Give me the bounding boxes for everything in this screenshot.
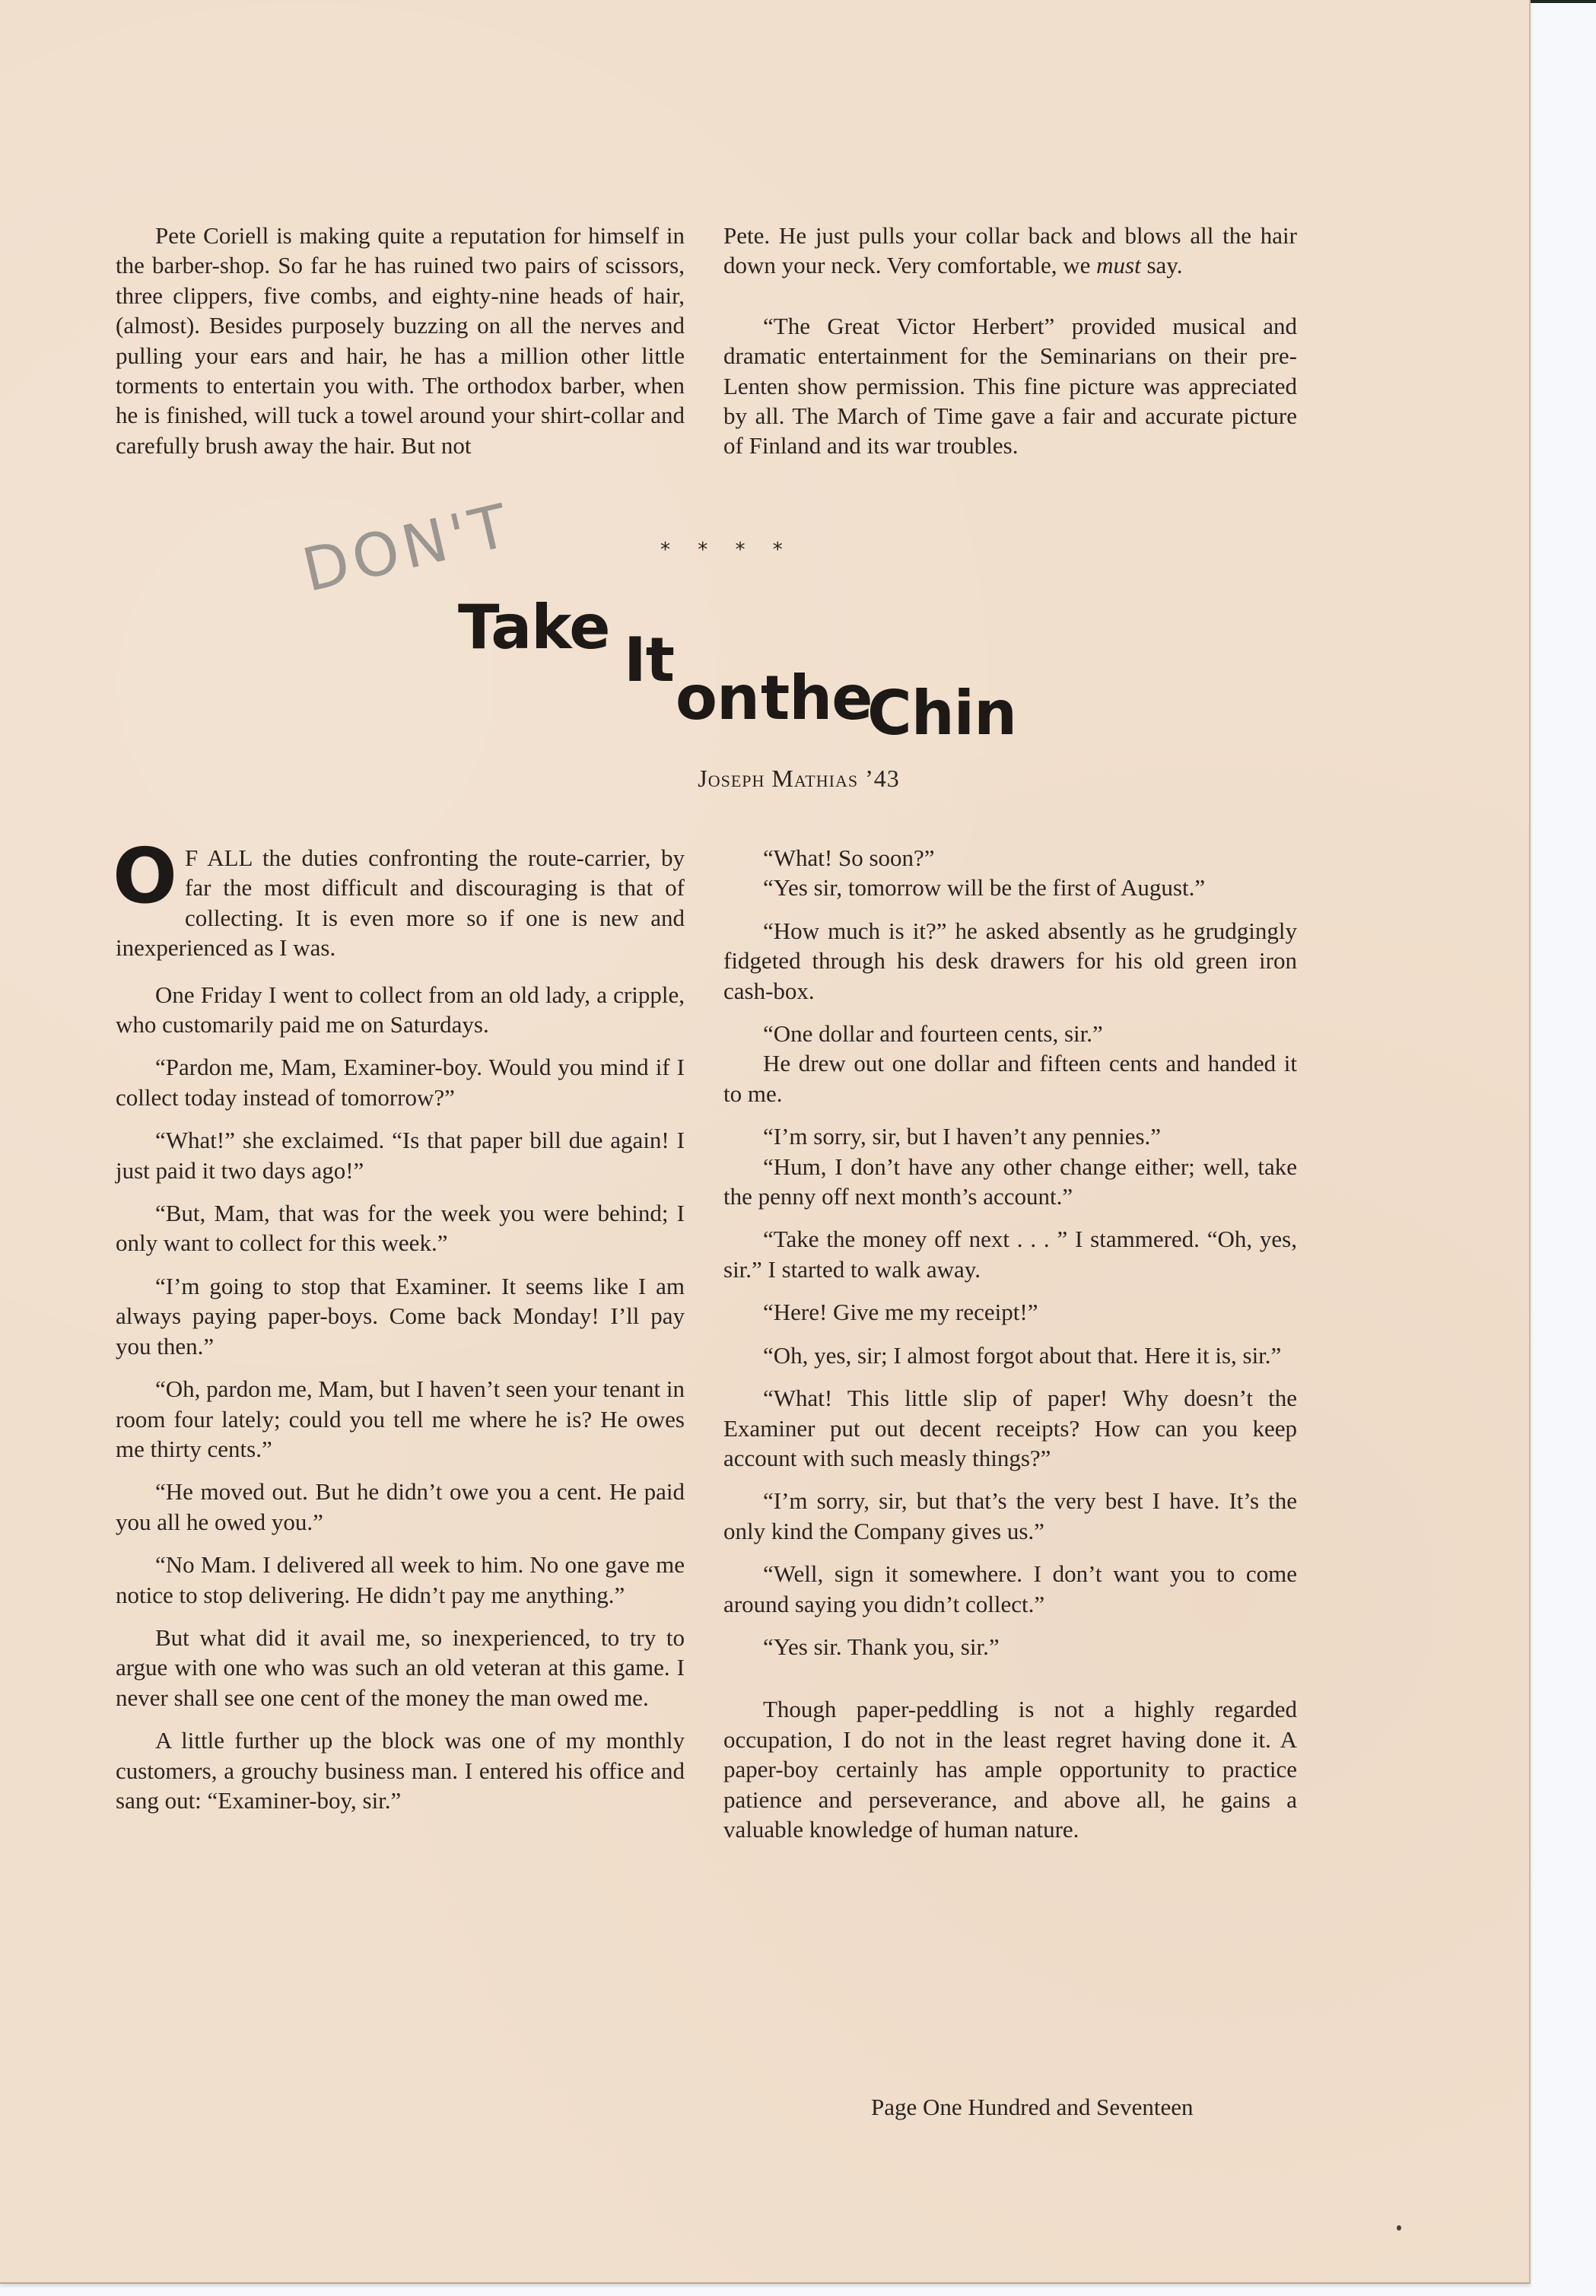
paragraph: Pete. He just pulls your collar back and… — [723, 221, 1297, 281]
paragraph: One Friday I went to collect from an old… — [116, 980, 685, 1040]
section-separator: * * * * — [660, 539, 793, 561]
article-left-column: OF ALL the duties confronting the route-… — [116, 843, 685, 1815]
title-word: Take — [458, 597, 610, 658]
scan-edge-strip — [1529, 0, 1596, 3]
title-word: the — [761, 668, 872, 729]
byline: Joseph Mathias ’43 — [0, 765, 1529, 793]
paragraph: “Here! Give me my receipt!” — [723, 1297, 1297, 1327]
paragraph: “Oh, pardon me, Mam, but I haven’t seen … — [116, 1374, 685, 1464]
title-word: Chin — [867, 683, 1016, 744]
article-right-column: “What! So soon?” “Yes sir, tomorrow will… — [723, 843, 1297, 1844]
paragraph: “Oh, yes, sir; I almost forgot about tha… — [723, 1340, 1297, 1370]
paper-speck — [1397, 2225, 1401, 2231]
paragraph: “How much is it?” he asked absently as h… — [723, 916, 1297, 1006]
paragraph: “Take the money off next . . . ” I stamm… — [723, 1224, 1297, 1284]
title-word: on — [676, 668, 759, 729]
paragraph: “What! This little slip of paper! Why do… — [723, 1383, 1297, 1473]
paragraph: “But, Mam, that was for the week you wer… — [116, 1198, 685, 1258]
opening-paragraph: OF ALL the duties confronting the route-… — [116, 843, 685, 963]
paragraph: “Well, sign it somewhere. I don’t want y… — [723, 1559, 1297, 1619]
paragraph: “The Great Victor Herbert” provided musi… — [723, 311, 1297, 461]
paragraph: “What!” she exclaimed. “Is that paper bi… — [116, 1125, 685, 1185]
paragraph: “He moved out. But he didn’t owe you a c… — [116, 1477, 685, 1537]
emphasis-text: must — [1096, 252, 1141, 278]
title-word: It — [624, 630, 674, 691]
paragraph: “Yes sir. Thank you, sir.” — [723, 1632, 1297, 1662]
closing-paragraph: Though paper-peddling is not a highly re… — [723, 1694, 1297, 1844]
top-left-column: Pete Coriell is making quite a reputatio… — [116, 221, 685, 460]
paragraph: “One dollar and fourteen cents, sir.” — [723, 1019, 1297, 1048]
paragraph: “Hum, I don’t have any other change eith… — [723, 1152, 1297, 1212]
drop-cap: O — [113, 847, 177, 905]
paragraph: “What! So soon?” — [723, 843, 1297, 873]
paragraph: He drew out one dollar and fifteen cents… — [723, 1048, 1297, 1108]
paragraph: But what did it avail me, so inexperienc… — [116, 1623, 685, 1712]
paragraph: “Pardon me, Mam, Examiner-boy. Would you… — [116, 1052, 685, 1112]
top-right-column: Pete. He just pulls your collar back and… — [723, 221, 1297, 461]
page-number-label: Page One Hundred and Seventeen — [871, 2094, 1194, 2121]
paragraph: “I’m going to stop that Examiner. It see… — [116, 1271, 685, 1361]
paragraph: “Yes sir, tomorrow will be the first of … — [723, 873, 1297, 902]
paragraph: Pete Coriell is making quite a reputatio… — [116, 221, 685, 460]
paragraph: A little further up the block was one of… — [116, 1725, 685, 1815]
handwritten-annotation: DON'T — [297, 491, 519, 606]
paragraph: “I’m sorry, sir, but I haven’t any penni… — [723, 1121, 1297, 1151]
paragraph: “I’m sorry, sir, but that’s the very bes… — [723, 1486, 1297, 1546]
document-page: Pete Coriell is making quite a reputatio… — [0, 0, 1531, 2284]
paragraph: “No Mam. I delivered all week to him. No… — [116, 1550, 685, 1610]
